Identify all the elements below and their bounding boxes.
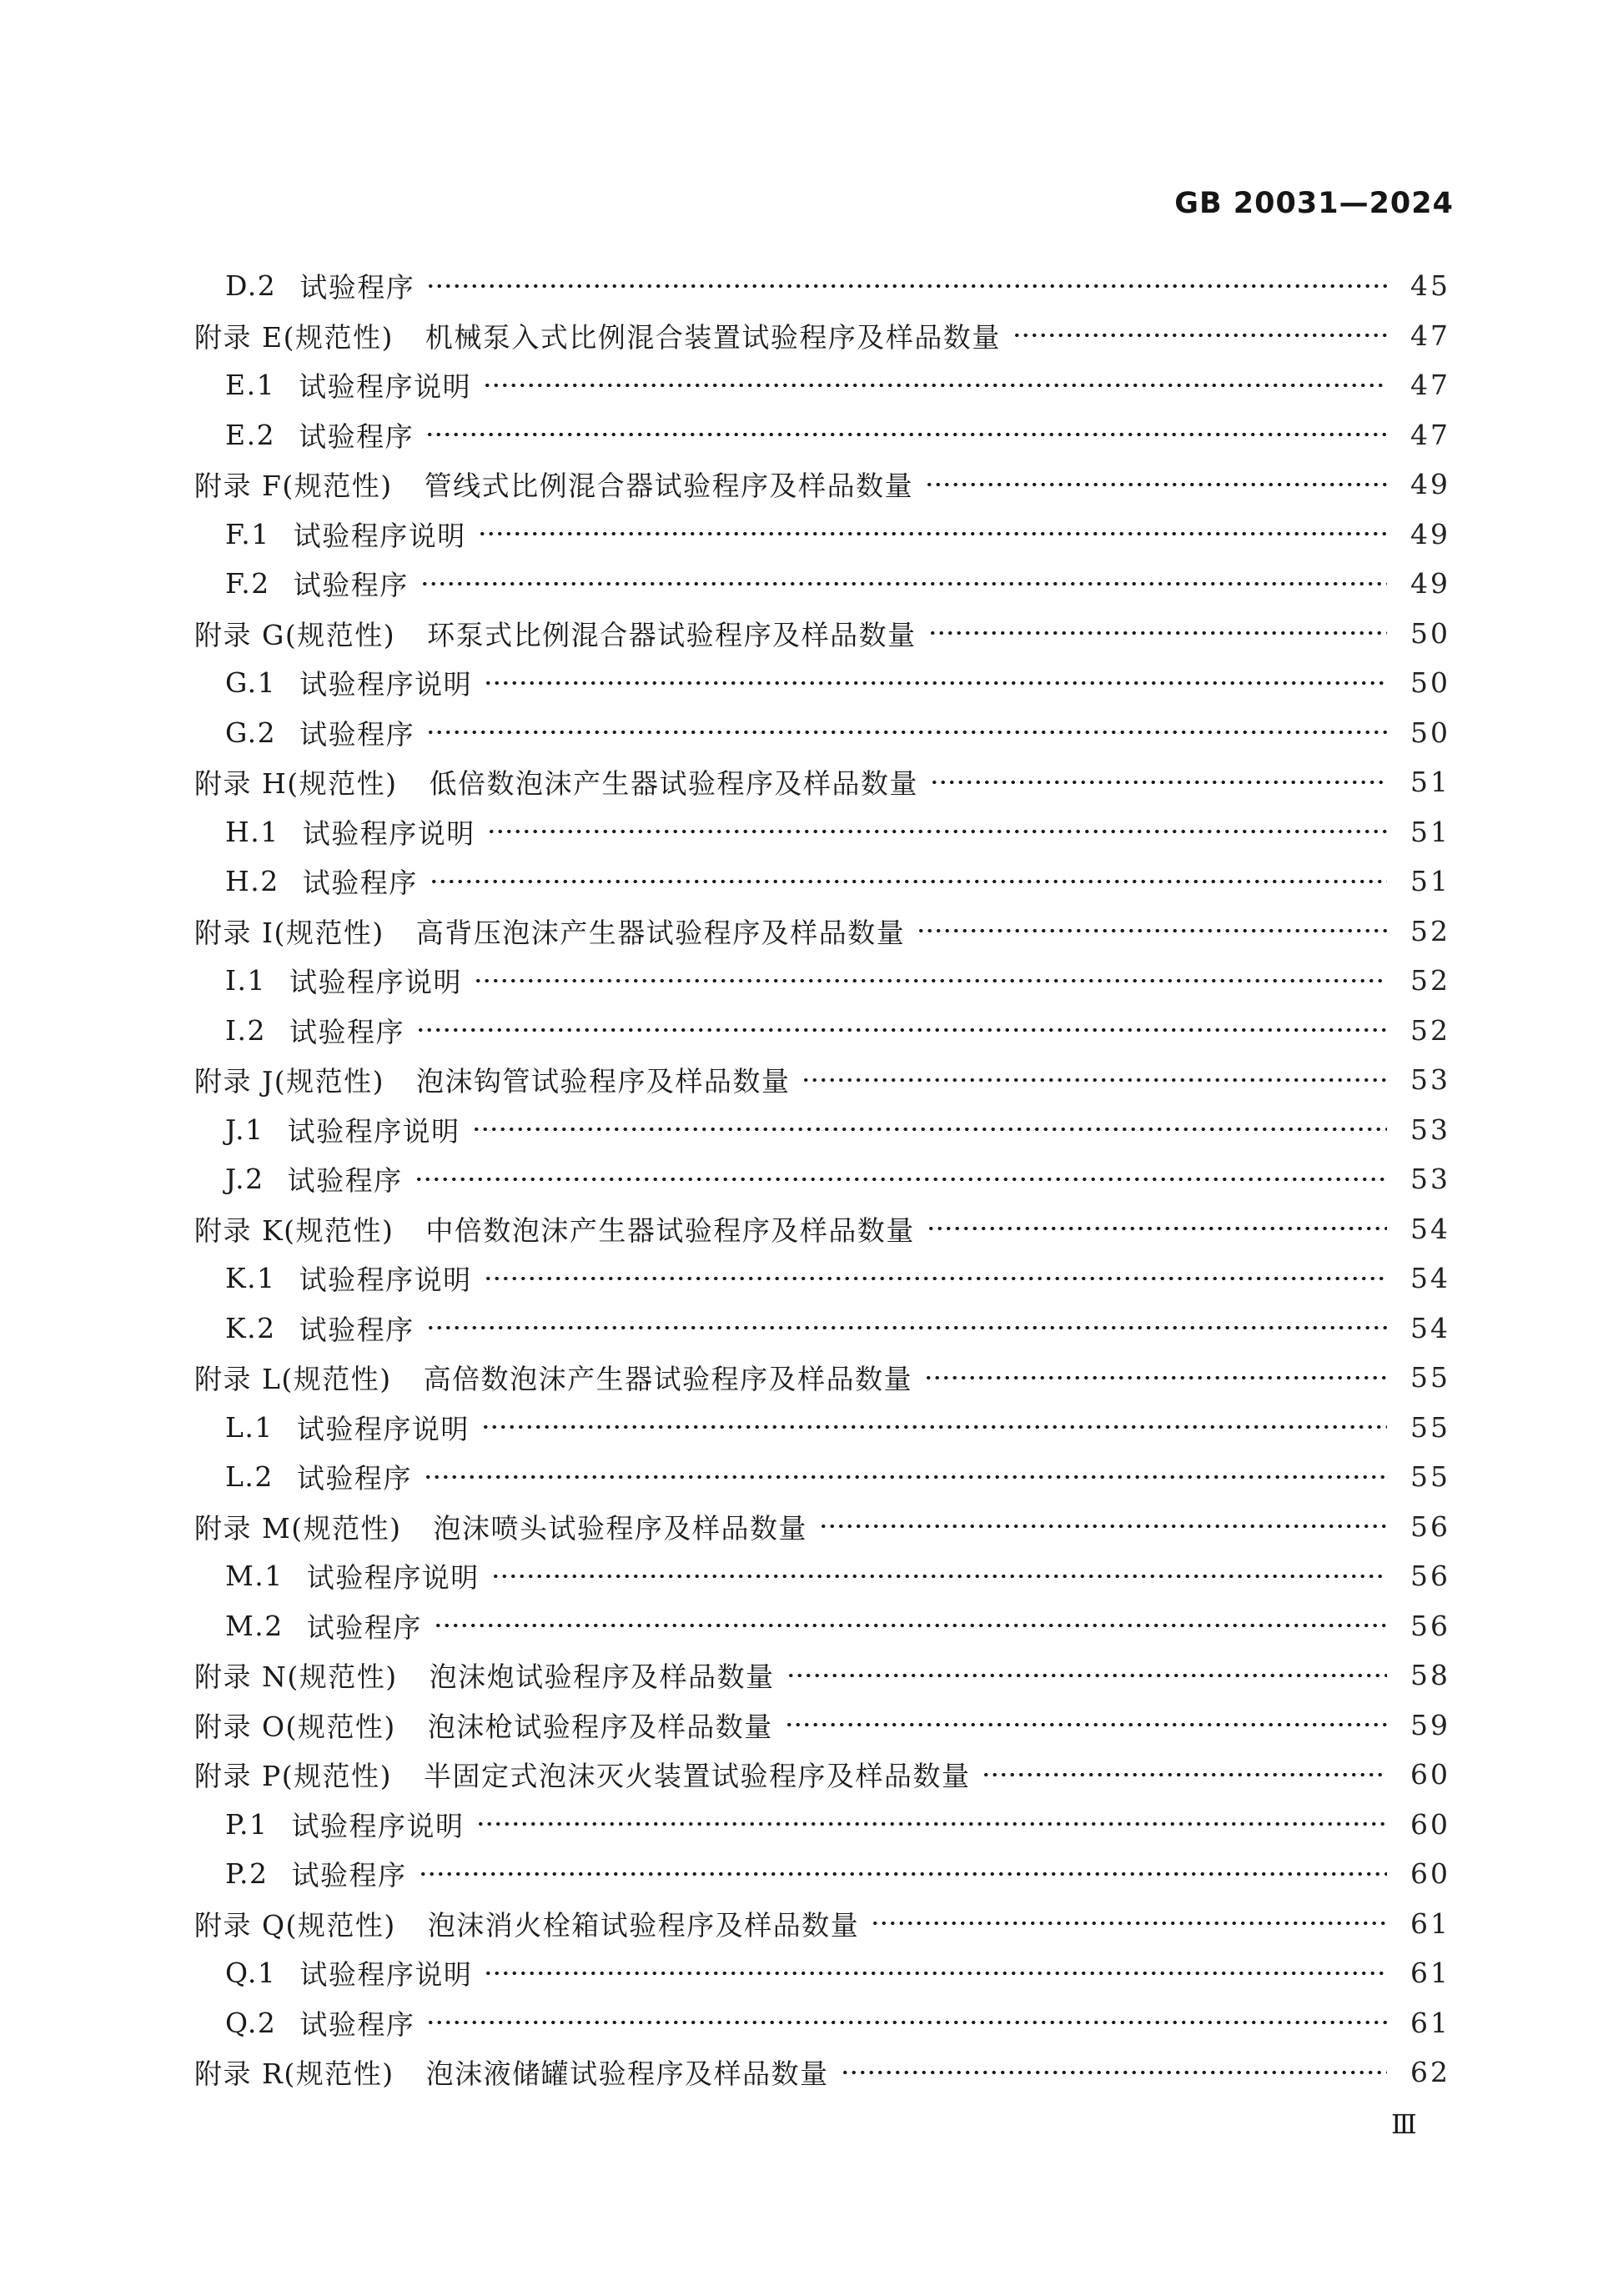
dot-leader <box>927 1204 1387 1254</box>
toc-entry-page-number: 60 <box>1402 1758 1450 1791</box>
toc-row: D.2 试验程序 45 <box>0 261 1448 311</box>
toc-entry-id: G.2 <box>225 716 276 749</box>
toc-entry-id: E.2 <box>225 419 275 451</box>
toc-row: 附录 I(规范性) 高背压泡沫产生器试验程序及样品数量 52 <box>0 907 1448 957</box>
toc-entry-id: J.1 <box>225 1113 264 1146</box>
toc-entry-title: 泡沫钩管试验程序及样品数量 <box>416 1060 791 1099</box>
toc-entry-title: 试验程序说明 <box>299 1953 472 1992</box>
standard-number-header: GB 20031—2024 <box>1174 187 1454 220</box>
toc-entry-page-number: 60 <box>1402 1857 1450 1890</box>
dot-leader <box>434 1601 1387 1651</box>
dot-leader <box>487 807 1387 857</box>
toc-entry-id: I.1 <box>225 964 266 997</box>
toc-entry-title: 半固定式泡沫灭火装置试验程序及样品数量 <box>424 1755 971 1794</box>
toc-entry-title: 试验程序 <box>299 2003 415 2042</box>
dot-leader <box>930 757 1387 807</box>
dot-leader <box>483 360 1387 410</box>
toc-entry-title: 试验程序说明 <box>307 1556 480 1595</box>
toc-entry-id: 附录 Q(规范性) <box>194 1904 396 1943</box>
toc-row: K.1 试验程序说明 54 <box>0 1254 1448 1304</box>
toc-row: K.2 试验程序 54 <box>0 1304 1448 1354</box>
dot-leader <box>928 609 1387 659</box>
dot-leader <box>476 1800 1387 1850</box>
toc-entry-page-number: 47 <box>1402 419 1450 451</box>
toc-entry-id: L.1 <box>225 1411 274 1444</box>
toc-entry-id: 附录 J(规范性) <box>194 1060 384 1099</box>
toc-entry-page-number: 52 <box>1402 1014 1450 1047</box>
toc-row: 附录 E(规范性) 机械泵入式比例混合装置试验程序及样品数量 47 <box>0 311 1448 361</box>
toc-entry-page-number: 52 <box>1402 964 1450 997</box>
toc-entry-title: 试验程序 <box>289 1011 404 1050</box>
toc-entry-page-number: 61 <box>1402 1957 1450 1989</box>
toc-row: 附录 G(规范性) 环泵式比例混合器试验程序及样品数量 50 <box>0 609 1448 659</box>
dot-leader <box>415 1154 1387 1204</box>
toc-entry-page-number: 53 <box>1402 1063 1450 1096</box>
dot-leader <box>481 1403 1387 1453</box>
toc-entry-title: 试验程序说明 <box>299 365 471 404</box>
toc-entry-title: 试验程序 <box>307 1606 422 1645</box>
toc-entry-title: 泡沫喷头试验程序及样品数量 <box>434 1507 808 1546</box>
toc-entry-page-number: 50 <box>1402 666 1450 699</box>
toc-entry-id: 附录 L(规范性) <box>194 1358 392 1397</box>
toc-entry-page-number: 45 <box>1402 269 1450 302</box>
toc-entry-title: 试验程序 <box>288 1159 403 1198</box>
toc-entry-id: 附录 I(规范性) <box>194 912 384 951</box>
toc-entry-id: E.1 <box>225 369 275 401</box>
dot-leader <box>430 857 1387 907</box>
toc-entry-page-number: 53 <box>1402 1113 1450 1146</box>
toc-entry-title: 试验程序 <box>292 1854 407 1893</box>
toc-entry-page-number: 56 <box>1402 1610 1450 1642</box>
dot-leader <box>426 1304 1387 1354</box>
dot-leader <box>419 1849 1387 1899</box>
dot-leader <box>426 708 1387 758</box>
toc-row: P.2 试验程序 60 <box>0 1849 1448 1899</box>
toc-row: J.2 试验程序 53 <box>0 1154 1448 1204</box>
toc-entry-page-number: 55 <box>1402 1460 1450 1493</box>
dot-leader <box>484 1948 1387 1998</box>
toc-entry-page-number: 50 <box>1402 716 1450 749</box>
dot-leader <box>424 1452 1387 1502</box>
toc-entry-id: M.1 <box>225 1560 284 1592</box>
toc-row: 附录 J(规范性) 泡沫钩管试验程序及样品数量 53 <box>0 1055 1448 1105</box>
toc-row: H.1 试验程序说明 51 <box>0 807 1448 857</box>
toc-entry-title: 试验程序 <box>299 713 415 752</box>
toc-entry-page-number: 61 <box>1402 2007 1450 2039</box>
dot-leader <box>785 1701 1387 1751</box>
toc-entry-title: 泡沫液储罐试验程序及样品数量 <box>426 2052 829 2092</box>
toc-entry-id: 附录 N(规范性) <box>194 1655 398 1695</box>
toc-entry-id: 附录 M(规范性) <box>194 1507 402 1546</box>
toc-entry-id: H.1 <box>225 816 279 848</box>
toc-entry-page-number: 54 <box>1402 1213 1450 1245</box>
toc-entry-page-number: 49 <box>1402 567 1450 600</box>
toc-row: G.2 试验程序 50 <box>0 708 1448 758</box>
dot-leader <box>426 261 1387 311</box>
toc-entry-id: K.2 <box>225 1312 276 1344</box>
dot-leader <box>786 1650 1387 1701</box>
dot-leader <box>924 1353 1387 1403</box>
toc-entry-id: I.2 <box>225 1014 266 1047</box>
toc-row: J.1 试验程序说明 53 <box>0 1105 1448 1155</box>
toc-entry-id: 附录 F(规范性) <box>194 465 393 504</box>
toc-entry-page-number: 62 <box>1402 2056 1450 2088</box>
toc-entry-title: 试验程序 <box>299 266 415 305</box>
toc-entry-id: 附录 O(规范性) <box>194 1706 396 1745</box>
toc-entry-page-number: 55 <box>1402 1411 1450 1444</box>
toc-entry-title: 中倍数泡沫产生器试验程序及样品数量 <box>425 1209 915 1248</box>
toc-entry-title: 管线式比例混合器试验程序及样品数量 <box>425 465 914 504</box>
toc-row: F.2 试验程序 49 <box>0 559 1448 609</box>
toc-entry-page-number: 51 <box>1402 766 1450 798</box>
toc-entry-id: F.1 <box>225 518 270 550</box>
toc-entry-id: L.2 <box>225 1460 274 1493</box>
toc-entry-page-number: 50 <box>1402 617 1450 650</box>
toc-row: Q.2 试验程序 61 <box>0 1998 1448 2048</box>
toc-row: I.2 试验程序 52 <box>0 1006 1448 1056</box>
toc-entry-id: 附录 R(规范性) <box>194 2052 394 2092</box>
dot-leader <box>416 1006 1387 1056</box>
toc-entry-page-number: 49 <box>1402 468 1450 500</box>
toc-entry-id: Q.2 <box>225 2007 276 2039</box>
toc-entry-title: 高背压泡沫产生器试验程序及样品数量 <box>416 912 906 951</box>
toc-entry-title: 试验程序说明 <box>289 961 462 1000</box>
dot-leader <box>425 410 1387 460</box>
toc-entry-page-number: 56 <box>1402 1560 1450 1592</box>
toc-entry-title: 试验程序 <box>303 862 418 901</box>
toc-entry-id: H.2 <box>225 865 279 897</box>
toc-entry-title: 试验程序 <box>299 415 414 455</box>
dot-leader <box>801 1055 1387 1105</box>
dot-leader <box>420 559 1387 609</box>
toc-row: 附录 P(规范性) 半固定式泡沫灭火装置试验程序及样品数量 60 <box>0 1750 1448 1800</box>
toc-entry-title: 试验程序说明 <box>294 515 466 554</box>
toc-entry-page-number: 59 <box>1402 1709 1450 1741</box>
toc-row: 附录 Q(规范性) 泡沫消火栓箱试验程序及样品数量 61 <box>0 1899 1448 1949</box>
dot-leader <box>484 658 1387 708</box>
toc-entry-id: 附录 E(规范性) <box>194 316 394 355</box>
toc-entry-title: 泡沫枪试验程序及样品数量 <box>428 1706 773 1745</box>
toc-entry-page-number: 61 <box>1402 1907 1450 1940</box>
toc-entry-page-number: 47 <box>1402 319 1450 352</box>
toc-entry-title: 试验程序说明 <box>297 1408 470 1447</box>
toc-entry-title: 机械泵入式比例混合装置试验程序及样品数量 <box>425 316 1001 355</box>
toc-entry-title: 低倍数泡沫产生器试验程序及样品数量 <box>430 762 919 801</box>
dot-leader <box>841 2047 1387 2098</box>
toc-entry-page-number: 54 <box>1402 1262 1450 1294</box>
toc-row: 附录 F(规范性) 管线式比例混合器试验程序及样品数量 49 <box>0 460 1448 510</box>
toc-row: 附录 O(规范性) 泡沫枪试验程序及样品数量 59 <box>0 1701 1448 1751</box>
toc-entry-id: 附录 K(规范性) <box>194 1209 394 1248</box>
toc-entry-id: 附录 P(规范性) <box>194 1755 392 1794</box>
toc-entry-id: 附录 G(规范性) <box>194 614 395 653</box>
toc-row: G.1 试验程序说明 50 <box>0 658 1448 708</box>
toc-entry-id: J.2 <box>225 1163 264 1195</box>
toc-entry-title: 试验程序说明 <box>299 663 472 702</box>
toc-entry-id: K.1 <box>225 1262 276 1294</box>
page-number-folio: Ⅲ <box>1391 2108 1417 2140</box>
toc-row: 附录 M(规范性) 泡沫喷头试验程序及样品数量 56 <box>0 1502 1448 1552</box>
toc-entry-page-number: 51 <box>1402 816 1450 848</box>
toc-row: L.2 试验程序 55 <box>0 1452 1448 1502</box>
toc-entry-title: 泡沫消火栓箱试验程序及样品数量 <box>428 1904 860 1943</box>
toc-row: E.2 试验程序 47 <box>0 410 1448 460</box>
toc-row: M.2 试验程序 56 <box>0 1601 1448 1651</box>
dot-leader <box>491 1551 1387 1601</box>
toc-list: D.2 试验程序 45 附录 E(规范性) 机械泵入式比例混合装置试验程序及样品… <box>0 261 1448 2098</box>
toc-entry-id: P.1 <box>225 1808 269 1841</box>
toc-entry-id: M.2 <box>225 1610 284 1642</box>
dot-leader <box>819 1502 1387 1552</box>
toc-entry-id: F.2 <box>225 567 270 600</box>
toc-entry-page-number: 49 <box>1402 518 1450 550</box>
toc-entry-id: Q.1 <box>225 1957 276 1989</box>
toc-row: 附录 N(规范性) 泡沫炮试验程序及样品数量 58 <box>0 1650 1448 1701</box>
dot-leader <box>925 460 1387 510</box>
dot-leader <box>484 1254 1387 1304</box>
toc-entry-page-number: 58 <box>1402 1659 1450 1691</box>
toc-row: H.2 试验程序 51 <box>0 857 1448 907</box>
dot-leader <box>478 510 1387 560</box>
toc-entry-page-number: 52 <box>1402 915 1450 947</box>
toc-row: 附录 L(规范性) 高倍数泡沫产生器试验程序及样品数量 55 <box>0 1353 1448 1403</box>
toc-entry-page-number: 56 <box>1402 1510 1450 1543</box>
toc-row: L.1 试验程序说明 55 <box>0 1403 1448 1453</box>
toc-entry-title: 高倍数泡沫产生器试验程序及样品数量 <box>424 1358 913 1397</box>
toc-entry-title: 试验程序 <box>297 1457 412 1496</box>
dot-leader <box>472 1105 1387 1155</box>
toc-row: Q.1 试验程序说明 61 <box>0 1948 1448 1998</box>
toc-entry-title: 试验程序 <box>299 1309 415 1348</box>
toc-entry-page-number: 51 <box>1402 865 1450 897</box>
toc-entry-id: D.2 <box>225 269 276 302</box>
toc-entry-id: 附录 H(规范性) <box>194 762 398 801</box>
toc-entry-title: 试验程序说明 <box>303 812 475 852</box>
toc-entry-page-number: 60 <box>1402 1808 1450 1841</box>
toc-row: P.1 试验程序说明 60 <box>0 1800 1448 1850</box>
toc-entry-title: 环泵式比例混合器试验程序及样品数量 <box>427 614 917 653</box>
dot-leader <box>917 907 1387 957</box>
toc-entry-title: 试验程序说明 <box>292 1805 465 1844</box>
dot-leader <box>871 1899 1387 1949</box>
dot-leader <box>1012 311 1387 361</box>
toc-entry-id: P.2 <box>225 1857 269 1890</box>
toc-entry-page-number: 53 <box>1402 1163 1450 1195</box>
toc-entry-page-number: 55 <box>1402 1361 1450 1394</box>
toc-row: F.1 试验程序说明 49 <box>0 510 1448 560</box>
toc-entry-page-number: 54 <box>1402 1312 1450 1344</box>
document-page: GB 20031—2024 D.2 试验程序 45 附录 E(规范性) 机械泵入… <box>0 0 1623 2296</box>
toc-row: E.1 试验程序说明 47 <box>0 360 1448 410</box>
toc-entry-title: 试验程序 <box>294 564 409 603</box>
toc-row: 附录 K(规范性) 中倍数泡沫产生器试验程序及样品数量 54 <box>0 1204 1448 1254</box>
toc-entry-title: 试验程序说明 <box>288 1110 460 1149</box>
dot-leader <box>474 956 1387 1006</box>
dot-leader <box>982 1750 1387 1800</box>
toc-entry-page-number: 47 <box>1402 369 1450 401</box>
toc-row: 附录 R(规范性) 泡沫液储罐试验程序及样品数量 62 <box>0 2047 1448 2098</box>
toc-entry-title: 泡沫炮试验程序及样品数量 <box>430 1655 775 1695</box>
dot-leader <box>426 1998 1387 2048</box>
toc-row: I.1 试验程序说明 52 <box>0 956 1448 1006</box>
toc-entry-id: G.1 <box>225 666 276 699</box>
toc-row: 附录 H(规范性) 低倍数泡沫产生器试验程序及样品数量 51 <box>0 757 1448 807</box>
toc-entry-title: 试验程序说明 <box>299 1259 472 1298</box>
toc-row: M.1 试验程序说明 56 <box>0 1551 1448 1601</box>
